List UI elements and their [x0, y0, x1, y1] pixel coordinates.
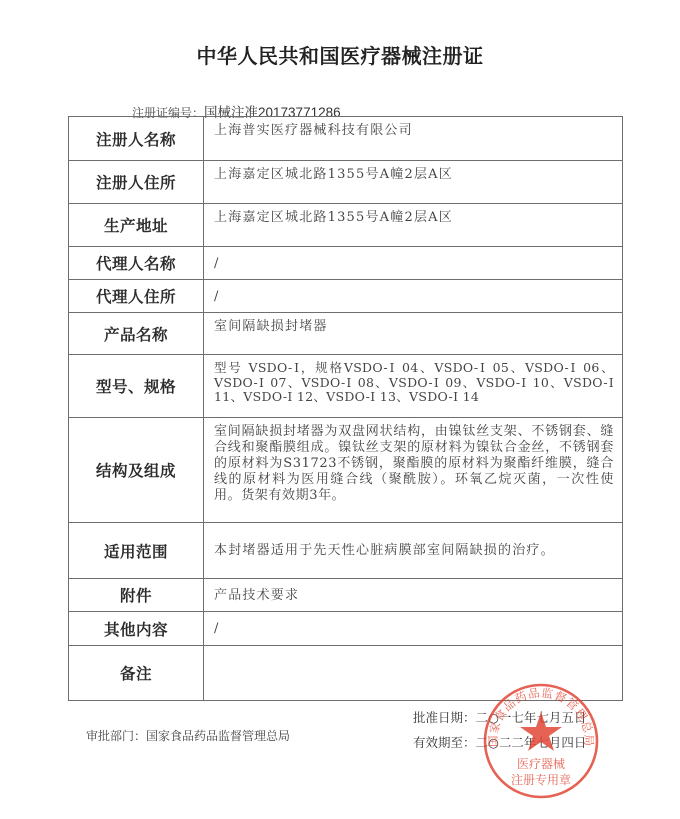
certificate-title: 中华人民共和国医疗器械注册证: [0, 40, 680, 69]
row-value: 上海嘉定区城北路1355号A幢2层A区: [204, 204, 623, 247]
row-label: 注册人名称: [69, 117, 204, 161]
row-label: 注册人住所: [69, 161, 204, 204]
seal-line1: 医疗器械: [517, 756, 565, 771]
row-value: 产品技术要求: [204, 579, 623, 612]
row-label: 适用范围: [69, 523, 204, 579]
row-value: 室间隔缺损封堵器为双盘网状结构，由镍钛丝支架、不锈钢套、缝合线和聚酯膜组成。镍钛…: [204, 418, 623, 523]
valid-until-label: 有效期至：: [413, 735, 476, 750]
row-value: 上海嘉定区城北路1355号A幢2层A区: [204, 161, 623, 204]
approval-department-label: 审批部门：: [86, 729, 146, 743]
row-label: 产品名称: [69, 313, 204, 355]
approval-department-value: 国家食品药品监督管理总局: [146, 729, 290, 743]
row-label: 附件: [69, 579, 204, 612]
table-row-scope: 适用范围 本封堵器适用于先天性心脏病膜部室间隔缺损的治疗。: [69, 523, 623, 579]
row-label: 生产地址: [69, 204, 204, 247]
table-row-structure: 结构及组成 室间隔缺损封堵器为双盘网状结构，由镍钛丝支架、不锈钢套、缝合线和聚酯…: [69, 418, 623, 523]
row-value: 型号 VSDO-Ⅰ，规格VSDO-Ⅰ 04、VSDO-Ⅰ 05、VSDO-Ⅰ 0…: [204, 355, 623, 418]
table-row-registrant-address: 注册人住所 上海嘉定区城北路1355号A幢2层A区: [69, 161, 623, 204]
table-row-attachment: 附件 产品技术要求: [69, 579, 623, 612]
certificate-table: 注册人名称 上海普实医疗器械科技有限公司 注册人住所 上海嘉定区城北路1355号…: [68, 116, 623, 701]
row-label: 结构及组成: [69, 418, 204, 523]
row-label: 代理人名称: [69, 247, 204, 280]
approval-department: 审批部门：国家食品药品监督管理总局: [86, 727, 290, 744]
approval-date-label: 批准日期：: [413, 710, 476, 725]
table-row-registrant-name: 注册人名称 上海普实医疗器械科技有限公司: [69, 117, 623, 161]
row-value: 上海普实医疗器械科技有限公司: [204, 117, 623, 161]
official-seal: 国家食品药品监督管理总局 医疗器械 注册专用章: [482, 682, 600, 800]
row-value: /: [204, 612, 623, 646]
row-label: 备注: [69, 646, 204, 701]
table-row-agent-address: 代理人住所 /: [69, 280, 623, 313]
seal-icon: 国家食品药品监督管理总局 医疗器械 注册专用章: [482, 682, 600, 800]
row-value: /: [204, 280, 623, 313]
table-row-model-spec: 型号、规格 型号 VSDO-Ⅰ，规格VSDO-Ⅰ 04、VSDO-Ⅰ 05、VS…: [69, 355, 623, 418]
row-label: 代理人住所: [69, 280, 204, 313]
table-row-agent-name: 代理人名称 /: [69, 247, 623, 280]
row-label: 型号、规格: [69, 355, 204, 418]
table-row-product-name: 产品名称 室间隔缺损封堵器: [69, 313, 623, 355]
row-value: 本封堵器适用于先天性心脏病膜部室间隔缺损的治疗。: [204, 523, 623, 579]
row-value: 室间隔缺损封堵器: [204, 313, 623, 355]
table-row-production-address: 生产地址 上海嘉定区城北路1355号A幢2层A区: [69, 204, 623, 247]
table-row-other: 其他内容 /: [69, 612, 623, 646]
row-label: 其他内容: [69, 612, 204, 646]
row-value: /: [204, 247, 623, 280]
seal-line2: 注册专用章: [511, 772, 571, 787]
